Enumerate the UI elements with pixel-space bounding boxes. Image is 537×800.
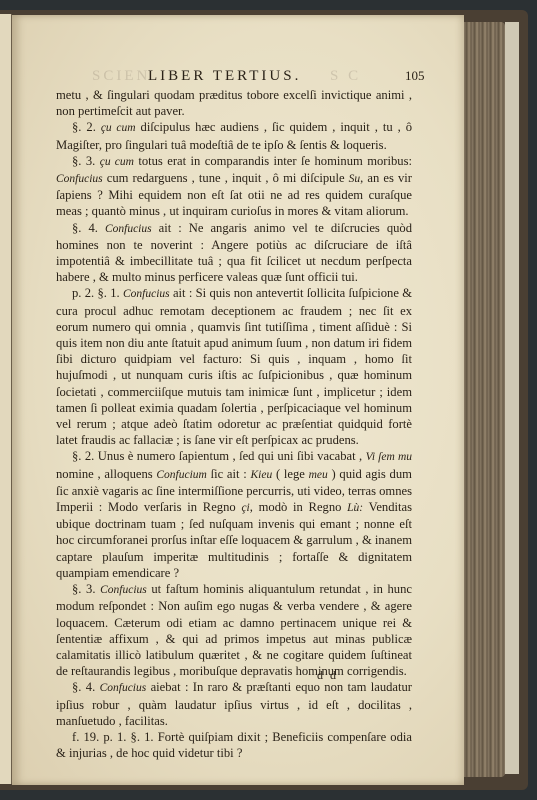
italic-name: Confucius — [100, 682, 147, 694]
facing-page-edge — [0, 14, 12, 784]
section-marker: §. 3. — [72, 154, 95, 168]
section-marker: §. 2. — [72, 449, 94, 463]
running-head: SCIEN LIBER TERTIUS. S C 105 — [0, 68, 537, 86]
page-number: 105 — [405, 68, 425, 84]
section-marker: §. 4. — [72, 221, 98, 235]
back-board — [505, 22, 519, 774]
paragraph: metu , & ſingulari quodam præditus tobor… — [56, 87, 412, 119]
paragraph: §. 3. Confucius ut faſtum hominis aliqua… — [56, 581, 412, 679]
paragraph: §. 2. çu cum diſcipulus hæc audiens , ſi… — [56, 119, 412, 152]
italic-name: çu cum — [101, 122, 136, 134]
italic-name: Confucius — [123, 288, 170, 300]
show-through-text: SCIEN — [92, 68, 150, 85]
italic-name: Confucium — [156, 469, 206, 481]
section-marker: §. 2. — [72, 120, 96, 134]
italic-name: Confucius — [100, 584, 147, 596]
page-fore-edge — [463, 22, 505, 777]
paragraph: f. 19. p. 1. §. 1. Fortè quiſpiam dixit … — [56, 729, 412, 761]
italic-name: Kieu — [250, 469, 272, 481]
running-head-title: LIBER TERTIUS. — [148, 68, 301, 85]
paragraph: §. 3. çu cum totus erat in comparandis i… — [56, 153, 412, 220]
italic-name: Lù: — [347, 502, 363, 514]
paragraph: §. 4. Confucius ait : Ne angaris animo v… — [56, 220, 412, 286]
body-text: metu , & ſingulari quodam præditus tobor… — [56, 87, 412, 761]
italic-name: Confucius — [56, 173, 103, 185]
italic-name: meu — [309, 469, 328, 481]
italic-name: Confucius — [105, 223, 152, 235]
paragraph: §. 4. Confucius aiebat : In raro & præſt… — [56, 679, 412, 729]
show-through-text: S C — [330, 68, 361, 85]
section-marker: f. 19. p. 1. §. 1. — [72, 730, 154, 744]
section-marker: p. 2. §. 1. — [72, 286, 120, 300]
section-marker: §. 4. — [72, 680, 95, 694]
italic-name: çi — [241, 502, 249, 514]
paragraph: p. 2. §. 1. Confucius ait : Si quis non … — [56, 285, 412, 448]
section-marker: §. 3. — [72, 582, 96, 596]
italic-name: çu cum — [100, 156, 134, 168]
signature-mark: d d — [317, 668, 338, 683]
italic-name: Su — [349, 173, 361, 185]
italic-name: Vi ſem mu — [366, 451, 412, 463]
paragraph: §. 2. Unus è numero ſapientum , ſed qui … — [56, 448, 412, 581]
